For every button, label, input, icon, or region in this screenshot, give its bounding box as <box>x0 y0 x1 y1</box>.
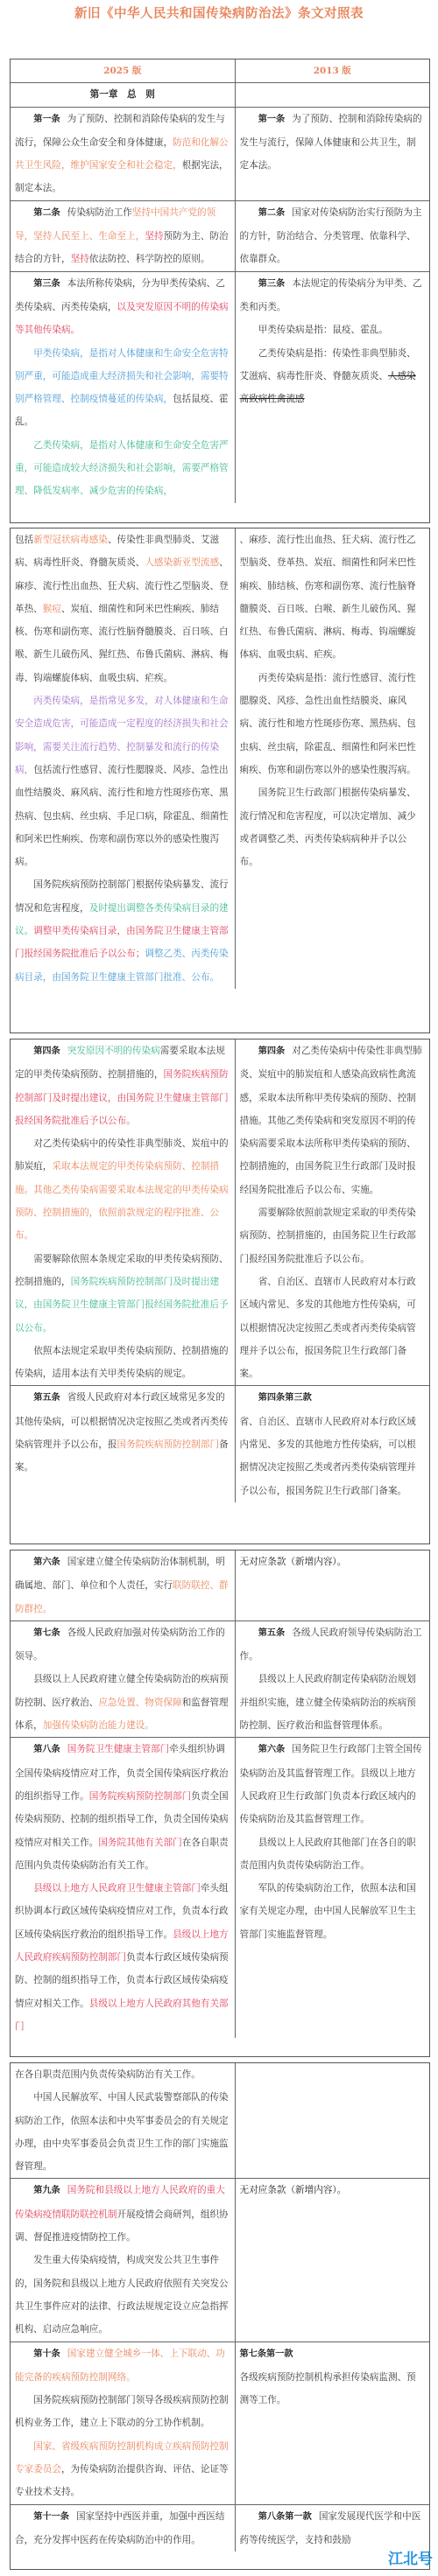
comparison-table-segment-5: 在各自职责范围内负责传染病防治有关工作。 中国人民解放军、中国人民武装警察部队的… <box>10 2062 430 2570</box>
article-8-2025-part1: 第八条国务院卫生健康主管部门牵头组织协调全国传染病疫情应对工作，负责全国传染病医… <box>11 1738 235 2038</box>
table-row: 第十条国家建立健全城乡一体、上下联动、功能完备的疾病预防控制网络。 国务院疾病预… <box>11 2341 429 2504</box>
chapter-title: 第一章 总 则 <box>11 83 235 107</box>
no-match-note: 无对应条款（新增内容）。 <box>240 2179 426 2201</box>
table-row: 第六条国家建立健全传染病防治体制机制，明确属地、部门、单位和个人责任，实行联防联… <box>11 1550 429 1620</box>
article-3-2025-part1: 第三条本法所称传染病，分为甲类传染病、乙类传染病、丙类传染病，以及突发原因不明的… <box>11 271 235 502</box>
document-title: 新旧《中华人民共和国传染病防治法》条文对照表 <box>0 3 438 22</box>
table-row: 第三条本法所称传染病，分为甲类传染病、乙类传染病、丙类传染病，以及突发原因不明的… <box>11 271 429 502</box>
table-row: 在各自职责范围内负责传染病防治有关工作。 中国人民解放军、中国人民武装警察部队的… <box>11 2063 429 2179</box>
article-8-2013: 第六条国务院卫生行政部门主管全国传染病防治及其监督管理工作。县级以上地方人民政府… <box>235 1738 429 2038</box>
comparison-table-segment-3: 第四条突发原因不明的传染病需要采取本法规定的甲类传染病预防、控制措施的，国务院疾… <box>10 1039 430 1544</box>
article-7-2025: 第七条各级人民政府加强对传染病防治工作的领导。 县级以上人民政府建立健全传染病防… <box>11 1620 235 1737</box>
comparison-table-segment-4: 第六条国家建立健全传染病防治体制机制，明确属地、部门、单位和个人责任，实行联防联… <box>10 1550 430 2057</box>
table-row: 第十一条国家坚持中西医并重，加强中西医结合，充分发挥中医药在传染病防治中的作用。… <box>11 2504 429 2551</box>
article-2-2025: 第二条传染病防治工作坚持中国共产党的领导，坚持人民至上、生命至上，坚持预防为主、… <box>11 200 235 271</box>
article-10-2025: 第十条国家建立健全城乡一体、上下联动、功能完备的疾病预防控制网络。 国务院疾病预… <box>11 2341 235 2504</box>
table-row: 第五条省级人民政府对本行政区域常见多发的其他传染病，可以根据情况决定按照乙类或者… <box>11 1386 429 1502</box>
table-row: 第九条国务院和县级以上地方人民政府的重大传染病疫情联防联控机制开展疫情会商研判，… <box>11 2179 429 2341</box>
article-1-2013: 第一条为了预防、控制和消除传染病的发生与流行，保障人体健康和公共卫生，制定本法。 <box>235 107 429 200</box>
table-row: 第二条传染病防治工作坚持中国共产党的领导，坚持人民至上、生命至上，坚持预防为主、… <box>11 200 429 271</box>
article-2-2013: 第二条国家对传染病防治实行预防为主的方针，防治结合、分类管理、依靠科学、依靠群众… <box>235 200 429 271</box>
article-10-2013: 第七条第一款 各级疾病预防控制机构承担传染病监测、预测等工作。 <box>235 2341 429 2504</box>
article-6-2025: 第六条国家建立健全传染病防治体制机制，明确属地、部门、单位和个人责任，实行联防联… <box>11 1550 235 1620</box>
table-row: 第七条各级人民政府加强对传染病防治工作的领导。 县级以上人民政府建立健全传染病防… <box>11 1620 429 1737</box>
article-9-2013: 无对应条款（新增内容）。 <box>235 2179 429 2341</box>
column-header-2025: 2025 版 <box>11 59 235 83</box>
article-9-2025: 第九条国务院和县级以上地方人民政府的重大传染病疫情联防联控机制开展疫情会商研判，… <box>11 2179 235 2341</box>
article-5-2025: 第五条省级人民政府对本行政区域常见多发的其他传染病，可以根据情况决定按照乙类或者… <box>11 1386 235 1502</box>
article-11-2013: 第八条第一款国家发展现代医学和中医药等传统医学，支持和鼓励 <box>235 2504 429 2551</box>
article-6-2013: 无对应条款（新增内容）。 <box>235 1550 429 1620</box>
table-row: 第一条为了预防、控制和消除传染病的发生与流行，保障公众生命安全和身体健康，防范和… <box>11 107 429 200</box>
comparison-table-segment-2: 包括新型冠状病毒感染、传染性非典型肺炎、艾滋病、病毒性肝炎、脊髓灰质炎、人感染新… <box>10 528 430 1033</box>
article-5-2013: 第四条第三款 省、自治区、直辖市人民政府对本行政区域内常见、多发的其他地方性传染… <box>235 1386 429 1502</box>
column-header-2013: 2013 版 <box>235 59 429 83</box>
chapter-title-empty <box>235 83 429 107</box>
article-3-2025-part2: 包括新型冠状病毒感染、传染性非典型肺炎、艾滋病、病毒性肝炎、脊髓灰质炎、人感染新… <box>11 528 235 989</box>
article-8-2025-part2: 在各自职责范围内负责传染病防治有关工作。 中国人民解放军、中国人民武装警察部队的… <box>11 2063 235 2179</box>
comparison-table-segment-1: 2025 版 2013 版 第一章 总 则 第一条为了预防、控制和消除传染病的发… <box>10 59 430 523</box>
article-3-2013-part2: 、麻疹、流行性出血热、狂犬病、流行性乙型脑炎、登革热、炭疽、细菌性和阿米巴性痢疾… <box>235 528 429 989</box>
article-4-2013: 第四条对乙类传染病中传染性非典型肺炎、炭疽中的肺炭疽和人感染高致病性禽流感，采取… <box>235 1039 429 1386</box>
article-11-2025: 第十一条国家坚持中西医并重，加强中西医结合，充分发挥中医药在传染病防治中的作用。 <box>11 2504 235 2551</box>
table-row: 第八条国务院卫生健康主管部门牵头组织协调全国传染病疫情应对工作，负责全国传染病医… <box>11 1738 429 2038</box>
table-row: 第四条突发原因不明的传染病需要采取本法规定的甲类传染病预防、控制措施的，国务院疾… <box>11 1039 429 1386</box>
watermark-logo: 江北号 <box>388 2546 433 2568</box>
article-3-2013-part1: 第三条本法规定的传染病分为甲类、乙类和丙类。 甲类传染病是指：鼠疫、霍乱。 乙类… <box>235 271 429 502</box>
no-match-note: 无对应条款（新增内容）。 <box>240 1550 426 1573</box>
table-row: 包括新型冠状病毒感染、传染性非典型肺炎、艾滋病、病毒性肝炎、脊髓灰质炎、人感染新… <box>11 528 429 989</box>
article-7-2013: 第五条各级人民政府领导传染病防治工作。 县级以上人民政府制定传染病防治规划并组织… <box>235 1620 429 1737</box>
article-1-2025: 第一条为了预防、控制和消除传染病的发生与流行，保障公众生命安全和身体健康，防范和… <box>11 107 235 200</box>
article-4-2025: 第四条突发原因不明的传染病需要采取本法规定的甲类传染病预防、控制措施的，国务院疾… <box>11 1039 235 1386</box>
table-header-row: 2025 版 2013 版 <box>11 59 429 83</box>
chapter-row: 第一章 总 则 <box>11 83 429 107</box>
article-8-2013-cont <box>235 2063 429 2179</box>
